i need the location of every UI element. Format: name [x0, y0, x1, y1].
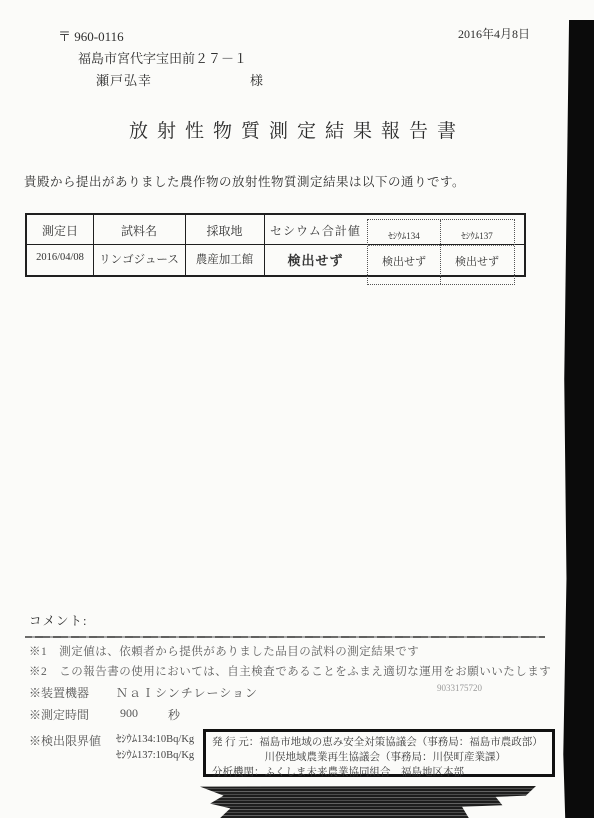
intro-text: 貴殿から提出がありました農作物の放射性物質測定結果は以下の通りです。 [24, 172, 465, 190]
recipient-name: 瀬戸弘幸 [96, 70, 152, 89]
time-unit: 秒 [168, 706, 180, 723]
detection-limit-label: ※検出限界値 [29, 732, 101, 749]
note-1: ※1 測定値は、依頼者から提供がありました品目の試料の測定結果です [29, 643, 419, 659]
sample-name-value: リンゴジュース [93, 251, 185, 267]
cesium-sub-table: ｾｼｳﾑ134 ｾｼｳﾑ137 検出せず 検出せず [367, 219, 515, 285]
issuer-line-2: 川俣地域農業再生協議会（事務局：川俣町産業課） [212, 750, 552, 765]
col-header-cesium-134: ｾｼｳﾑ134 [368, 229, 440, 242]
col-header-cesium-137: ｾｼｳﾑ137 [440, 229, 514, 242]
cesium-total-value: 検出せず [264, 250, 367, 269]
detection-limit-cs137: ｾｼｳﾑ137:10Bq/Kg [116, 747, 194, 762]
comment-separator-line [25, 636, 545, 638]
device-value: ＮａＩシンチレーション [116, 684, 258, 701]
recipient-honorific: 様 [250, 70, 263, 89]
postal-code: 〒 960-0116 [58, 26, 124, 45]
issuer-box: 発 行 元：福島市地域の恵み安全対策協議会（事務局：福島市農政部） 川俣地域農業… [203, 729, 555, 777]
col-header-sampling-site: 採取地 [185, 222, 264, 239]
note-2: ※2 この報告書の使用においては、自主検査であることをふまえ適切な運用をお願いい… [29, 663, 551, 679]
redacted-area [200, 786, 536, 818]
col-header-sample-name: 試料名 [93, 222, 185, 239]
measurement-table: 測定日 試料名 採取地 セシウム合計値 ｾｼｳﾑ134 ｾｼｳﾑ137 検出せず… [25, 213, 526, 277]
cesium-137-value: 検出せず [440, 253, 514, 269]
serial-number: 9033175720 [437, 683, 482, 693]
analyst-line: 分析機関：ふくしま未来農業協同組合 福島地区本部 [212, 765, 552, 780]
detection-limit-cs134: ｾｼｳﾑ134:10Bq/Kg [116, 731, 194, 746]
comment-label: コメント: [29, 611, 87, 629]
col-header-cesium-total: セシウム合計値 [264, 222, 367, 239]
sampling-site-value: 農産加工館 [185, 251, 264, 267]
measure-date-value: 2016/04/08 [27, 252, 93, 263]
col-header-measure-date: 測定日 [27, 222, 93, 239]
issuer-line-1: 発 行 元：福島市地域の恵み安全対策協議会（事務局：福島市農政部） [212, 735, 552, 750]
page-title: 放射性物質測定結果報告書 [0, 116, 594, 143]
time-value: 900 [120, 706, 138, 721]
time-label: ※測定時間 [29, 706, 89, 723]
address-line: 福島市宮代字宝田前２７－１ [78, 48, 247, 67]
device-label: ※装置機器 [29, 684, 89, 701]
issue-date: 2016年4月8日 [458, 25, 530, 42]
table-border-line [368, 245, 514, 246]
cesium-134-value: 検出せず [368, 253, 440, 269]
